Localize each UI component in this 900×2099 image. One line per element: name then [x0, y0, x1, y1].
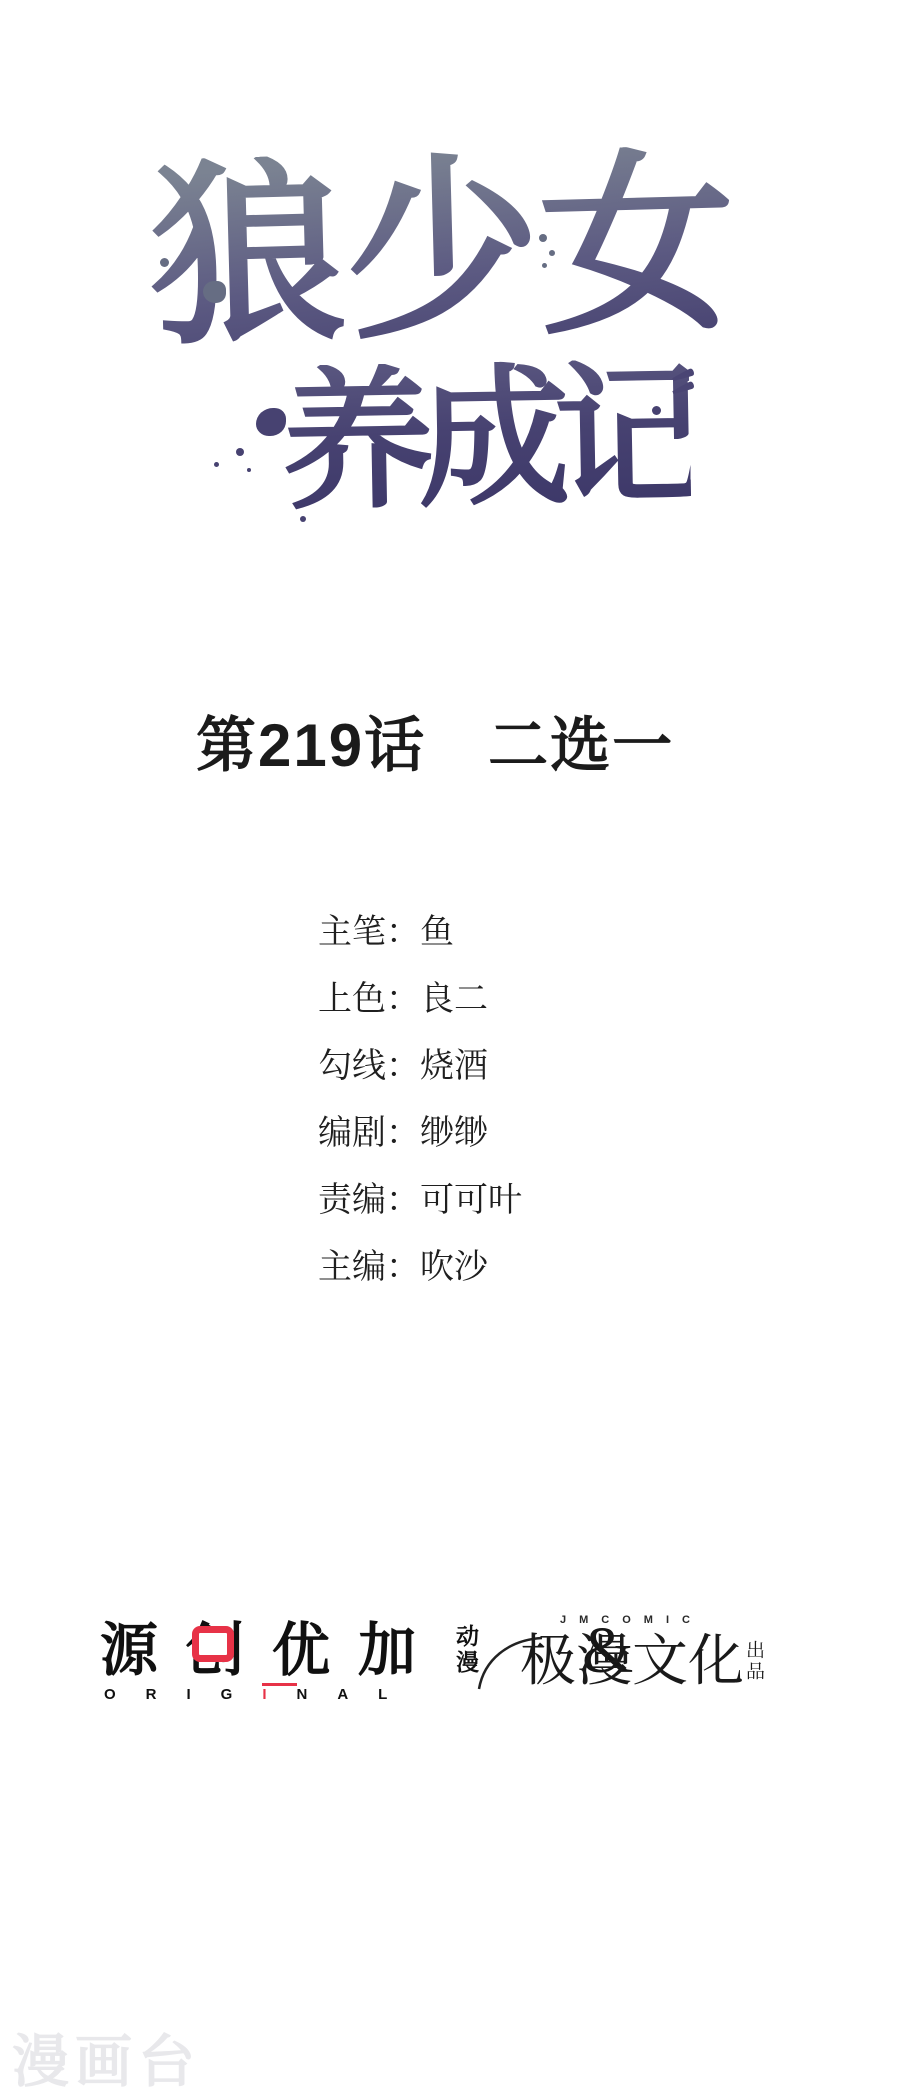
comic-title-page: 狼少女 养成记 〞 第219话 二选一 主笔：鱼 上色：良二 勾线：烧酒 编剧：… [0, 0, 900, 2099]
credit-role: 责编 [318, 1172, 386, 1221]
credit-row-editor: 责编：可可叶 [318, 1163, 522, 1230]
credit-name: 良二 [420, 971, 488, 1020]
series-title-line2: 养成记 [281, 358, 692, 517]
ink-splatter-dot [203, 281, 226, 303]
ink-splatter-dot [539, 234, 547, 242]
credit-colon: ： [386, 1239, 420, 1288]
credit-name: 可可叶 [420, 1172, 522, 1221]
chapter-heading: 第219话 二选一 [196, 698, 674, 784]
credit-row-colorist: 上色：良二 [318, 962, 522, 1029]
publisher-left-subtitle-accent: I [262, 1683, 296, 1703]
ink-splatter-dot [300, 516, 306, 522]
publisher-left-subtitle: ORIGINAL [104, 1686, 417, 1703]
series-title-line1: 狼少女 [148, 144, 738, 354]
series-title-quote-mark: 〞 [664, 368, 736, 440]
credit-name: 吹沙 [420, 1239, 488, 1288]
ink-splatter-dot [160, 258, 169, 267]
credit-role: 主笔 [318, 904, 386, 953]
publisher-left-logo: 源创优加 [100, 1622, 444, 1680]
ink-splatter-dot [247, 468, 251, 472]
credit-role: 主编 [318, 1239, 386, 1288]
credit-row-inker: 勾线：烧酒 [318, 1029, 522, 1096]
credit-row-writer: 编剧：缈缈 [318, 1096, 522, 1163]
credit-row-main-artist: 主笔：鱼 [318, 895, 522, 962]
ink-splatter-dot [542, 263, 547, 268]
credit-name: 鱼 [420, 904, 454, 953]
platform-watermark: 漫画台 [12, 2034, 201, 2091]
credit-colon: ： [386, 904, 420, 953]
credit-name: 缈缈 [420, 1105, 488, 1154]
credit-role: 上色 [318, 971, 386, 1020]
ink-splatter-dot [549, 250, 555, 256]
credits-list: 主笔：鱼 上色：良二 勾线：烧酒 编剧：缈缈 责编：可可叶 主编：吹沙 [318, 895, 522, 1297]
credit-role: 勾线 [318, 1038, 386, 1087]
publisher-left-red-accent [192, 1626, 234, 1662]
credit-name: 烧酒 [420, 1038, 488, 1087]
credit-colon: ： [386, 971, 420, 1020]
publisher-left-subtitle-pre: ORIG [104, 1686, 262, 1703]
credit-colon: ： [386, 1172, 420, 1221]
credit-colon: ： [386, 1038, 420, 1087]
publisher-left-subtitle-post: NAL [297, 1686, 418, 1703]
credit-role: 编剧 [318, 1105, 386, 1154]
ink-splatter-dot [236, 448, 244, 456]
credit-colon: ： [386, 1105, 420, 1154]
publisher-right-brand-en: JMCOMIC [560, 1614, 703, 1626]
ink-splatter-dot [652, 406, 661, 415]
publisher-right-logo: 极漫文化 [520, 1634, 744, 1690]
publisher-right-suffix: 出品 [740, 1640, 767, 1682]
credit-row-chief-editor: 主编：吹沙 [318, 1230, 522, 1297]
ink-splatter-dot [214, 462, 219, 467]
